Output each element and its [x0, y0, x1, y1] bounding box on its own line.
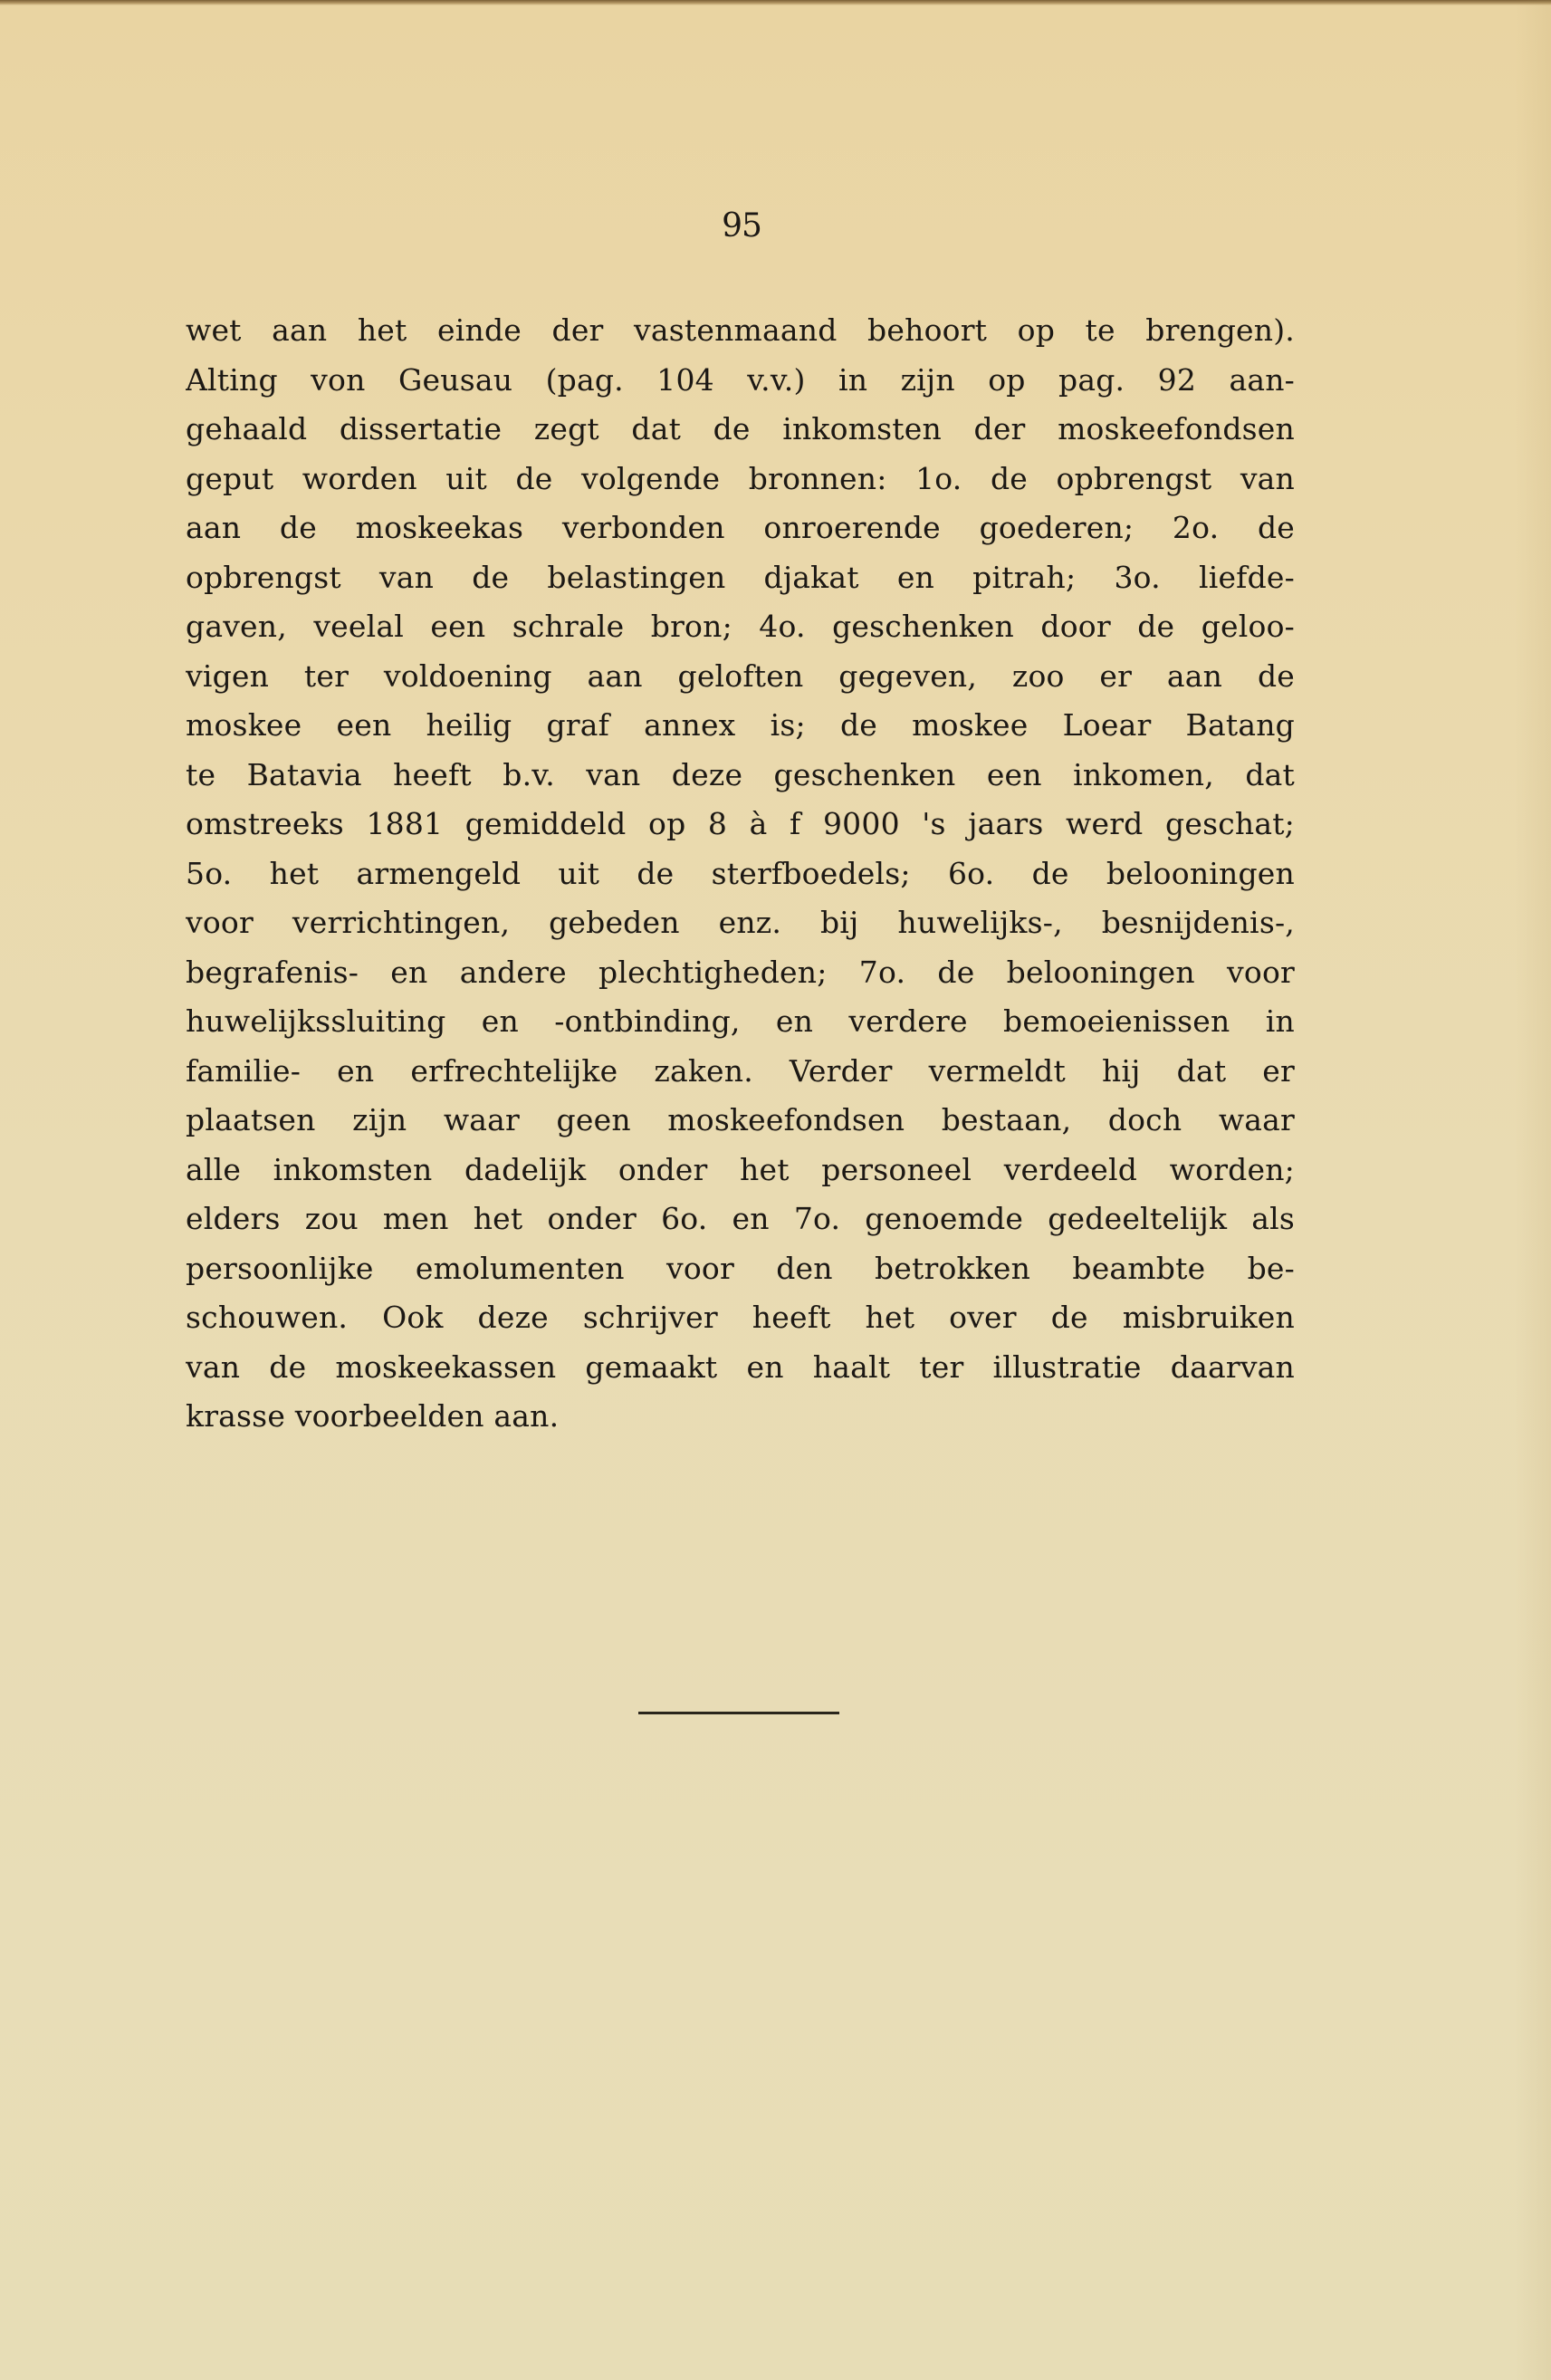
text-line: gaven, veelal een schrale bron; 4o. gesc…	[186, 602, 1295, 652]
text-line: persoonlijke emolumenten voor den betrok…	[186, 1244, 1295, 1294]
text-line: aan de moskeekas verbonden onroerende go…	[186, 504, 1295, 553]
text-line: voor verrichtingen, gebeden enz. bij huw…	[186, 898, 1295, 948]
text-line: Alting von Geusau (pag. 104 v.v.) in zij…	[186, 356, 1295, 406]
text-line: van de moskeekassen gemaakt en haalt ter…	[186, 1343, 1295, 1393]
text-line: schouwen. Ook deze schrijver heeft het o…	[186, 1293, 1295, 1343]
text-line: opbrengst van de belastingen djakat en p…	[186, 553, 1295, 603]
section-end-rule	[638, 1712, 839, 1714]
text-line: elders zou men het onder 6o. en 7o. geno…	[186, 1195, 1295, 1244]
text-line: alle inkomsten dadelijk onder het person…	[186, 1146, 1295, 1195]
text-line: wet aan het einde der vastenmaand behoor…	[186, 306, 1295, 356]
text-line: moskee een heilig graf annex is; de mosk…	[186, 701, 1295, 751]
page-side-shadow	[1515, 0, 1551, 2380]
page-top-edge	[0, 0, 1551, 5]
page-number: 95	[696, 205, 787, 248]
body-paragraph: wet aan het einde der vastenmaand behoor…	[186, 306, 1295, 1442]
text-line-last: krasse voorbeelden aan.	[186, 1392, 1295, 1442]
text-line: familie- en erfrechtelijke zaken. Verder…	[186, 1047, 1295, 1097]
text-line: huwelijkssluiting en -ontbinding, en ver…	[186, 997, 1295, 1047]
text-line: gehaald dissertatie zegt dat de inkomste…	[186, 405, 1295, 455]
text-line: plaatsen zijn waar geen moskeefondsen be…	[186, 1096, 1295, 1146]
text-line: vigen ter voldoening aan geloften gegeve…	[186, 652, 1295, 702]
text-line: omstreeks 1881 gemiddeld op 8 à f 9000 '…	[186, 800, 1295, 849]
text-line: 5o. het armengeld uit de sterfboedels; 6…	[186, 849, 1295, 899]
text-line: te Batavia heeft b.v. van deze geschenke…	[186, 751, 1295, 801]
text-line: geput worden uit de volgende bronnen: 1o…	[186, 455, 1295, 504]
text-line: begrafenis- en andere plechtigheden; 7o.…	[186, 948, 1295, 998]
